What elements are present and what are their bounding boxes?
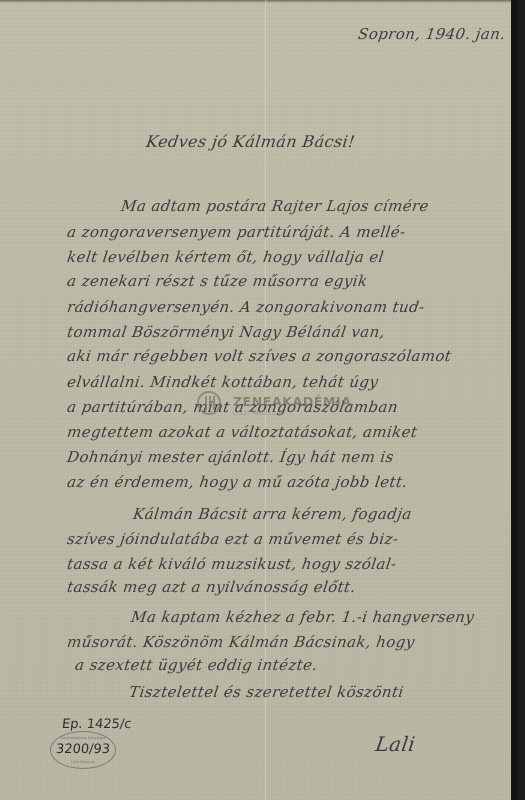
lyre-logo-icon: [197, 391, 221, 415]
body-line: Ma adtam postára Rajter Lajos címére: [120, 197, 430, 215]
body-line: a zongoraversenyem partitúráját. A mellé…: [66, 223, 407, 241]
scan-edge: [511, 0, 518, 800]
body-line: műsorát. Köszönöm Kálmán Bácsinak, hogy: [66, 633, 416, 651]
body-line: szíves jóindulatába ezt a művemet és biz…: [66, 530, 400, 548]
body-line: kelt levélben kértem őt, hogy vállalja e…: [66, 248, 385, 266]
stamp-bottom-text: Liszt Múzeum: [51, 760, 115, 764]
stamp-number: 3200/93: [50, 742, 115, 757]
body-line: a szextett ügyét eddig intézte.: [74, 656, 319, 674]
body-line: rádióhangversenyén. A zongorakivonam tud…: [66, 298, 426, 316]
body-line: tassa a két kiváló muzsikust, hogy szóla…: [66, 555, 398, 573]
body-line: elvállalni. Mindkét kottában, tehát úgy: [66, 373, 380, 391]
body-line: Ma kaptam kézhez a febr. 1.-i hangversen…: [130, 608, 476, 626]
body-line: Dohnányi mester ajánlott. Így hát nem is: [66, 448, 395, 466]
body-line: tassák meg azt a nyilvánosság előtt.: [66, 578, 357, 596]
body-line: tommal Böszörményi Nagy Bélánál van,: [66, 323, 386, 341]
paper-top-edge: [0, 0, 518, 3]
stamp-top-text: Zeneakadémia Könyvtára: [51, 736, 115, 740]
zeneakademia-watermark: ZENEAKADÉMIA LISZT MÚZEUM: [197, 391, 347, 427]
watermark-subtitle: LISZT MÚZEUM: [233, 411, 282, 417]
body-line: a zenekari részt s tűze műsorra egyik: [66, 272, 369, 290]
archive-stamp: Zeneakadémia Könyvtára 3200/93 Liszt Múz…: [50, 731, 116, 769]
letter-page: Sopron, 1940. jan. 19. Kedves jó Kálmán …: [0, 0, 518, 800]
body-line: az én érdemem, hogy a mű azóta jobb lett…: [66, 473, 409, 491]
closing: Tisztelettel és szeretettel köszönti: [128, 683, 405, 701]
place-date: Sopron, 1940. jan. 19.: [357, 25, 518, 43]
watermark-title: ZENEAKADÉMIA: [233, 394, 352, 409]
signature: Lali: [374, 732, 417, 756]
body-line: aki már régebben volt szíves a zongorasz…: [66, 347, 453, 365]
salutation: Kedves jó Kálmán Bácsi!: [145, 132, 356, 151]
body-line: Kálmán Bácsit arra kérem, fogadja: [132, 505, 413, 523]
archive-reference-number: Ep. 1425/c: [61, 717, 132, 732]
